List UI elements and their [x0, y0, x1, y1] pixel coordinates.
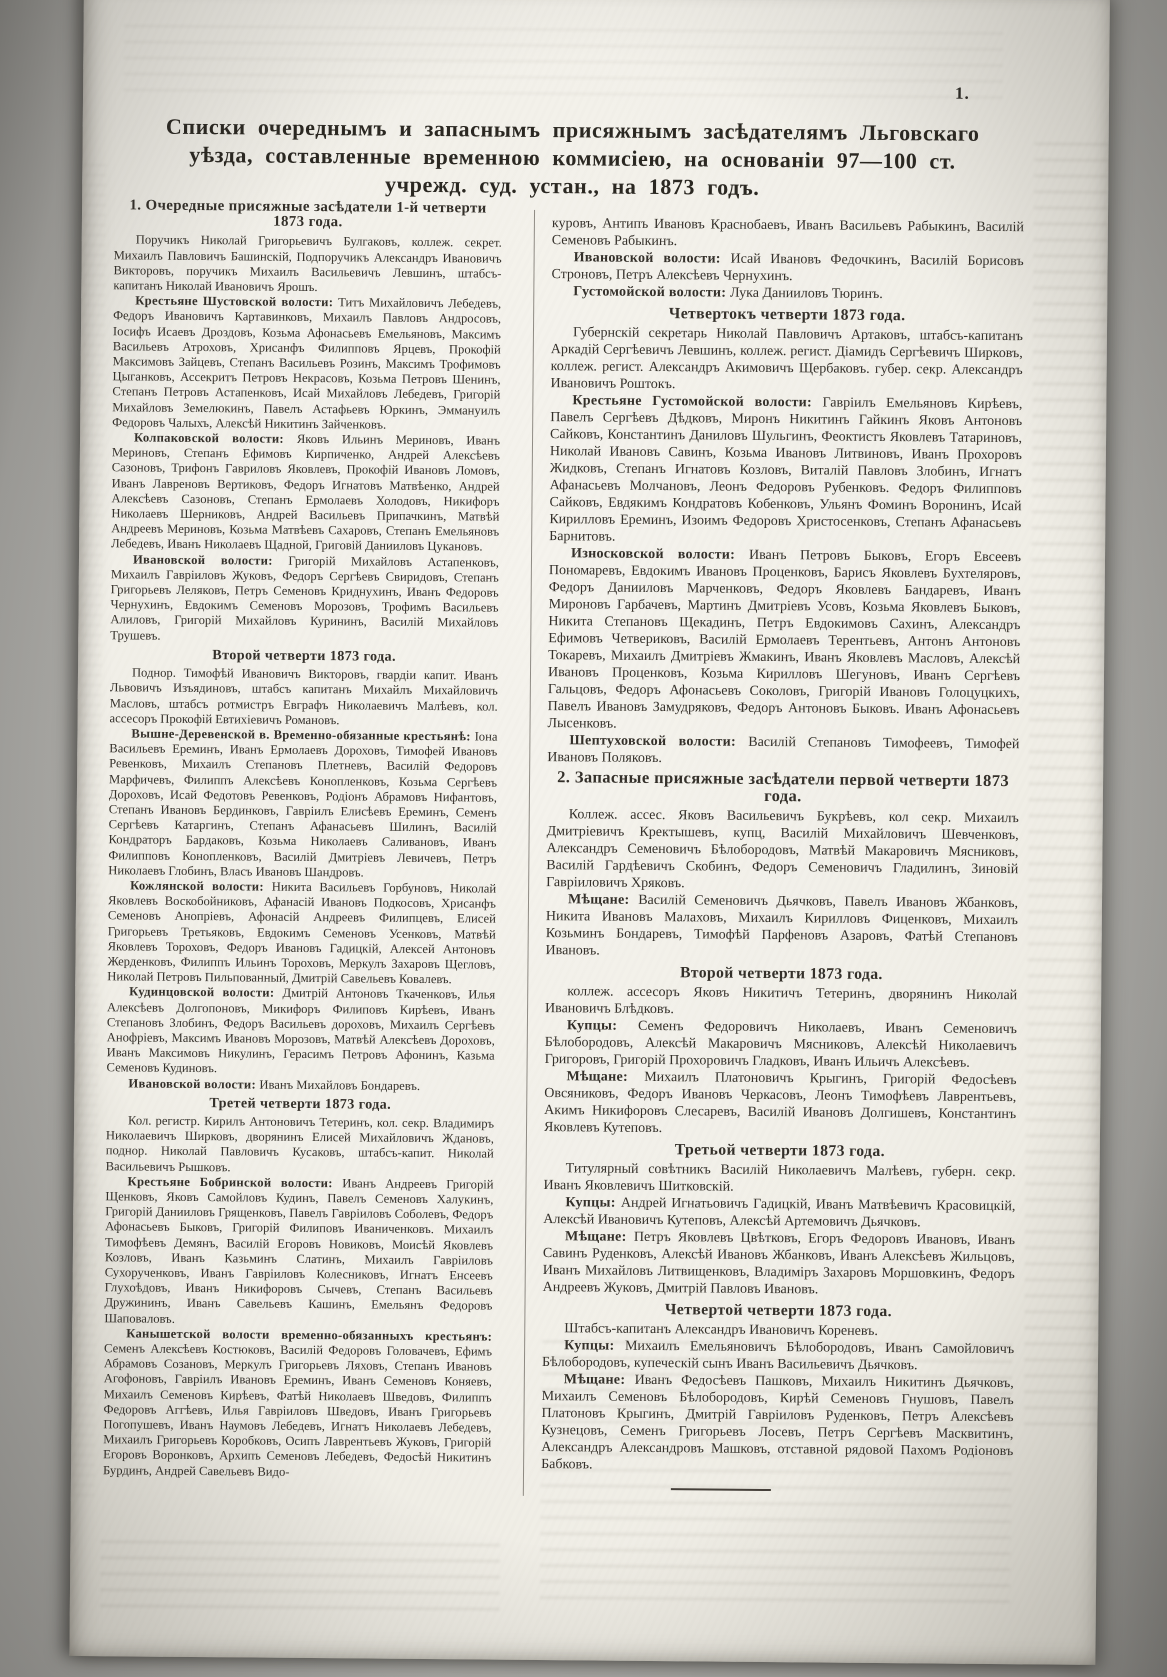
paragraph: Густомойской волости: Лука Данииловъ Тюр…: [551, 283, 1023, 304]
volost-group-heading: Мѣщане:: [566, 1069, 644, 1085]
volost-group-heading: Колпаковской волости:: [134, 431, 297, 446]
paragraph: Шептуховской волости: Василій Степановъ …: [547, 732, 1019, 770]
volost-group-heading: Крестьяне Бобринской волости:: [127, 1174, 342, 1190]
paragraph: Мѣщане: Василій Семеновичъ Дьячковъ, Пав…: [546, 891, 1019, 963]
paragraph: Мѣщане: Михаилъ Платоновичъ Крыгинъ, Гри…: [544, 1068, 1017, 1140]
section-heading: Второй четверти 1873 года.: [545, 963, 1017, 984]
section-heading: 2. Запасные присяжные засѣдатели первой …: [547, 768, 1019, 806]
paragraph: Кожлянской волости: Никита Васильевъ Гор…: [107, 878, 496, 988]
scanned-page-photo: { "page": { "number": "1.", "title_lines…: [0, 0, 1167, 1677]
paragraph: Износковской волости: Иванъ Петровъ Быко…: [547, 545, 1021, 736]
volost-group-heading: Кудинцовской волости:: [129, 985, 282, 1000]
paragraph-text: Титулярный совѣтникъ Василій Николаевичъ…: [543, 1161, 1015, 1194]
paragraph-text: Штабсъ-капитанъ Александръ Ивановичъ Кор…: [564, 1321, 878, 1339]
paragraph: Ивановской волости: Исай Ивановъ Федочки…: [551, 249, 1023, 287]
page-number: 1.: [955, 84, 970, 104]
volost-group-heading: Износковской волости:: [571, 546, 749, 563]
paragraph: Кудинцовской волости: Дмитрій Антоновъ Т…: [106, 985, 495, 1080]
paragraph-text: Иванъ Михайловъ Бондаревъ.: [259, 1077, 420, 1092]
section-heading: Третей четверти 1873 года.: [106, 1095, 494, 1114]
volost-group-heading: Мѣщане:: [565, 1229, 634, 1245]
document-page: 1. Списки очереднымъ и запаснымъ присяжн…: [69, 0, 1110, 1665]
section-heading: Третьой четверти 1873 года.: [544, 1140, 1016, 1161]
paragraph: куровъ, Антипъ Ивановъ Краснобаевъ, Иван…: [552, 215, 1024, 253]
paragraph-text: Поручикъ Николай Григорьевичъ Булгаковъ,…: [113, 233, 502, 294]
volost-group-heading: Канышетской волости временно-обязанныхъ …: [126, 1326, 492, 1343]
bleedthrough-texture-top: [123, 24, 1004, 102]
paragraph: Вышне-Деревенской в. Временно-обязанные …: [108, 726, 497, 881]
volost-group-heading: Крестьяне Шустовской волости:: [135, 294, 338, 310]
left-column: 1. Очередные присяжные засѣдатели 1-й че…: [103, 196, 502, 1481]
paragraph-text: Поднор. Тимофѣй Ивановичъ Викторовъ, гва…: [110, 666, 499, 727]
paragraph-text: Гавріилъ Емельяновъ Кирѣевъ, Павелъ Серг…: [549, 395, 1022, 544]
paragraph: Коллеж. ассес. Яковъ Васильевичъ Букрѣев…: [546, 806, 1019, 895]
volost-group-heading: Ивановской волости:: [133, 552, 289, 567]
end-divider-rule: [671, 1488, 771, 1491]
paragraph: Крестьяне Шустовской волости: Титъ Михай…: [112, 293, 501, 433]
volost-group-heading: Купцы:: [564, 1338, 625, 1354]
section-heading: Второй четверти 1873 года.: [110, 647, 498, 666]
paragraph: Поднор. Тимофѣй Ивановичъ Викторовъ, гва…: [110, 665, 499, 729]
paragraph-text: Коллеж. ассес. Яковъ Васильевичъ Букрѣев…: [546, 807, 1019, 891]
paragraph-text: Яковъ Ильинъ Мериновъ, Иванъ Мериновъ, С…: [111, 432, 500, 554]
volost-group-heading: Вышне-Деревенской в. Временно-обязанные …: [131, 726, 474, 743]
paragraph: Крестьяне Густомойской волости: Гавріилъ…: [549, 392, 1022, 549]
section-heading: Четвертой четверти 1873 года.: [542, 1300, 1014, 1321]
bleedthrough-texture-right-margin: [1023, 142, 1108, 1433]
paragraph: Канышетской волости временно-обязанныхъ …: [103, 1326, 492, 1481]
paragraph-text: Кол. регистр. Кирилъ Антоновичъ Тетеринъ…: [106, 1113, 495, 1174]
paragraph: Титулярный совѣтникъ Василій Николаевичъ…: [543, 1160, 1015, 1198]
paragraph-text: Иванъ Федосѣевъ Пашковъ, Михаилъ Никитин…: [541, 1373, 1014, 1473]
paragraph: Мѣщане: Петръ Яковлевъ Цвѣтковъ, Егоръ Ф…: [543, 1228, 1016, 1300]
paragraph: Губернскій секретарь Николай Павловичъ А…: [550, 324, 1023, 396]
volost-group-heading: Кожлянской волости:: [130, 878, 272, 893]
volost-group-heading: Густомойской волости:: [573, 284, 730, 300]
paragraph-text: Иванъ Андреевъ Григорій Щенковъ, Яковъ С…: [104, 1176, 493, 1325]
bleedthrough-texture-below-left-column: [100, 1540, 501, 1615]
paragraph-text: Лука Данииловъ Тюринъ.: [730, 286, 883, 302]
bleedthrough-texture-left-margin: [73, 164, 107, 1504]
paragraph: коллеж. ассесоръ Яковъ Никитичъ Тетеринъ…: [545, 983, 1017, 1021]
paragraph: Купцы: Михаилъ Емельяновичъ Бѣлобородовъ…: [542, 1337, 1014, 1375]
paragraph: Крестьяне Бобринской волости: Иванъ Андр…: [104, 1174, 493, 1329]
paragraph-text: Титъ Михайловичъ Лебедевъ, Федоръ Иванов…: [112, 295, 501, 431]
volost-group-heading: Мѣщане:: [564, 1372, 635, 1388]
paragraph-text: коллеж. ассесоръ Яковъ Никитичъ Тетеринъ…: [545, 984, 1017, 1017]
volost-group-heading: Ивановской волости:: [128, 1076, 259, 1091]
volost-group-heading: Ивановской волости:: [574, 250, 731, 266]
right-column: куровъ, Антипъ Ивановъ Краснобаевъ, Иван…: [541, 215, 1024, 1493]
paragraph: Колпаковской волости: Яковъ Ильинъ Мерин…: [111, 430, 500, 555]
section-heading: Четвертокъ четверти 1873 года.: [551, 304, 1023, 325]
paragraph: Мѣщане: Иванъ Федосѣевъ Пашковъ, Михаилъ…: [541, 1371, 1014, 1477]
paragraph-text: Губернскій секретарь Николай Павловичъ А…: [550, 325, 1023, 392]
document-title: Списки очереднымъ и запаснымъ присяжнымъ…: [122, 112, 1023, 204]
volost-group-heading: Мѣщане:: [568, 892, 638, 908]
volost-group-heading: Купцы:: [567, 1018, 638, 1034]
volost-group-heading: Крестьяне Густомойской волости:: [572, 393, 822, 410]
volost-group-heading: Шептуховской волости:: [569, 733, 748, 750]
paragraph: Купцы: Андрей Игнатьовичъ Гадицкій, Иван…: [543, 1194, 1015, 1232]
paragraph: Кол. регистр. Кирилъ Антоновичъ Тетеринъ…: [106, 1113, 495, 1177]
paragraph: Ивановской волости: Григорій Михайловъ А…: [110, 552, 499, 647]
paragraph: Купцы: Семенъ Федоровичъ Николаевъ, Иван…: [545, 1017, 1017, 1072]
paragraph-text: Никита Васильевъ Горбуновъ, Николай Яков…: [107, 880, 496, 987]
volost-group-heading: Купцы:: [565, 1195, 621, 1210]
section-heading: 1. Очередные присяжные засѣдатели 1-й че…: [114, 198, 502, 232]
column-divider-line: [523, 210, 535, 1496]
paragraph-text: Григорій Михайловъ Астапенковъ, Михаилъ …: [110, 553, 499, 642]
paragraph-text: Дмитрій Антоновъ Ткаченковъ, Илья Алексѣ…: [106, 986, 495, 1075]
paragraph-text: Иванъ Петровъ Быковъ, Егоръ Евсеевъ Поно…: [547, 548, 1021, 732]
paragraph: Ивановской волости: Иванъ Михайловъ Бонд…: [106, 1076, 494, 1095]
paragraph: Поручикъ Николай Григорьевичъ Булгаковъ,…: [113, 233, 502, 297]
paragraph-text: куровъ, Антипъ Ивановъ Краснобаевъ, Иван…: [552, 216, 1024, 249]
paragraph-text: Семенъ Алексѣевъ Костюковъ, Василій Федо…: [103, 1341, 492, 1478]
paragraph-text: Іона Васильевъ Ереминъ, Иванъ Ермолаевъ …: [108, 729, 497, 879]
